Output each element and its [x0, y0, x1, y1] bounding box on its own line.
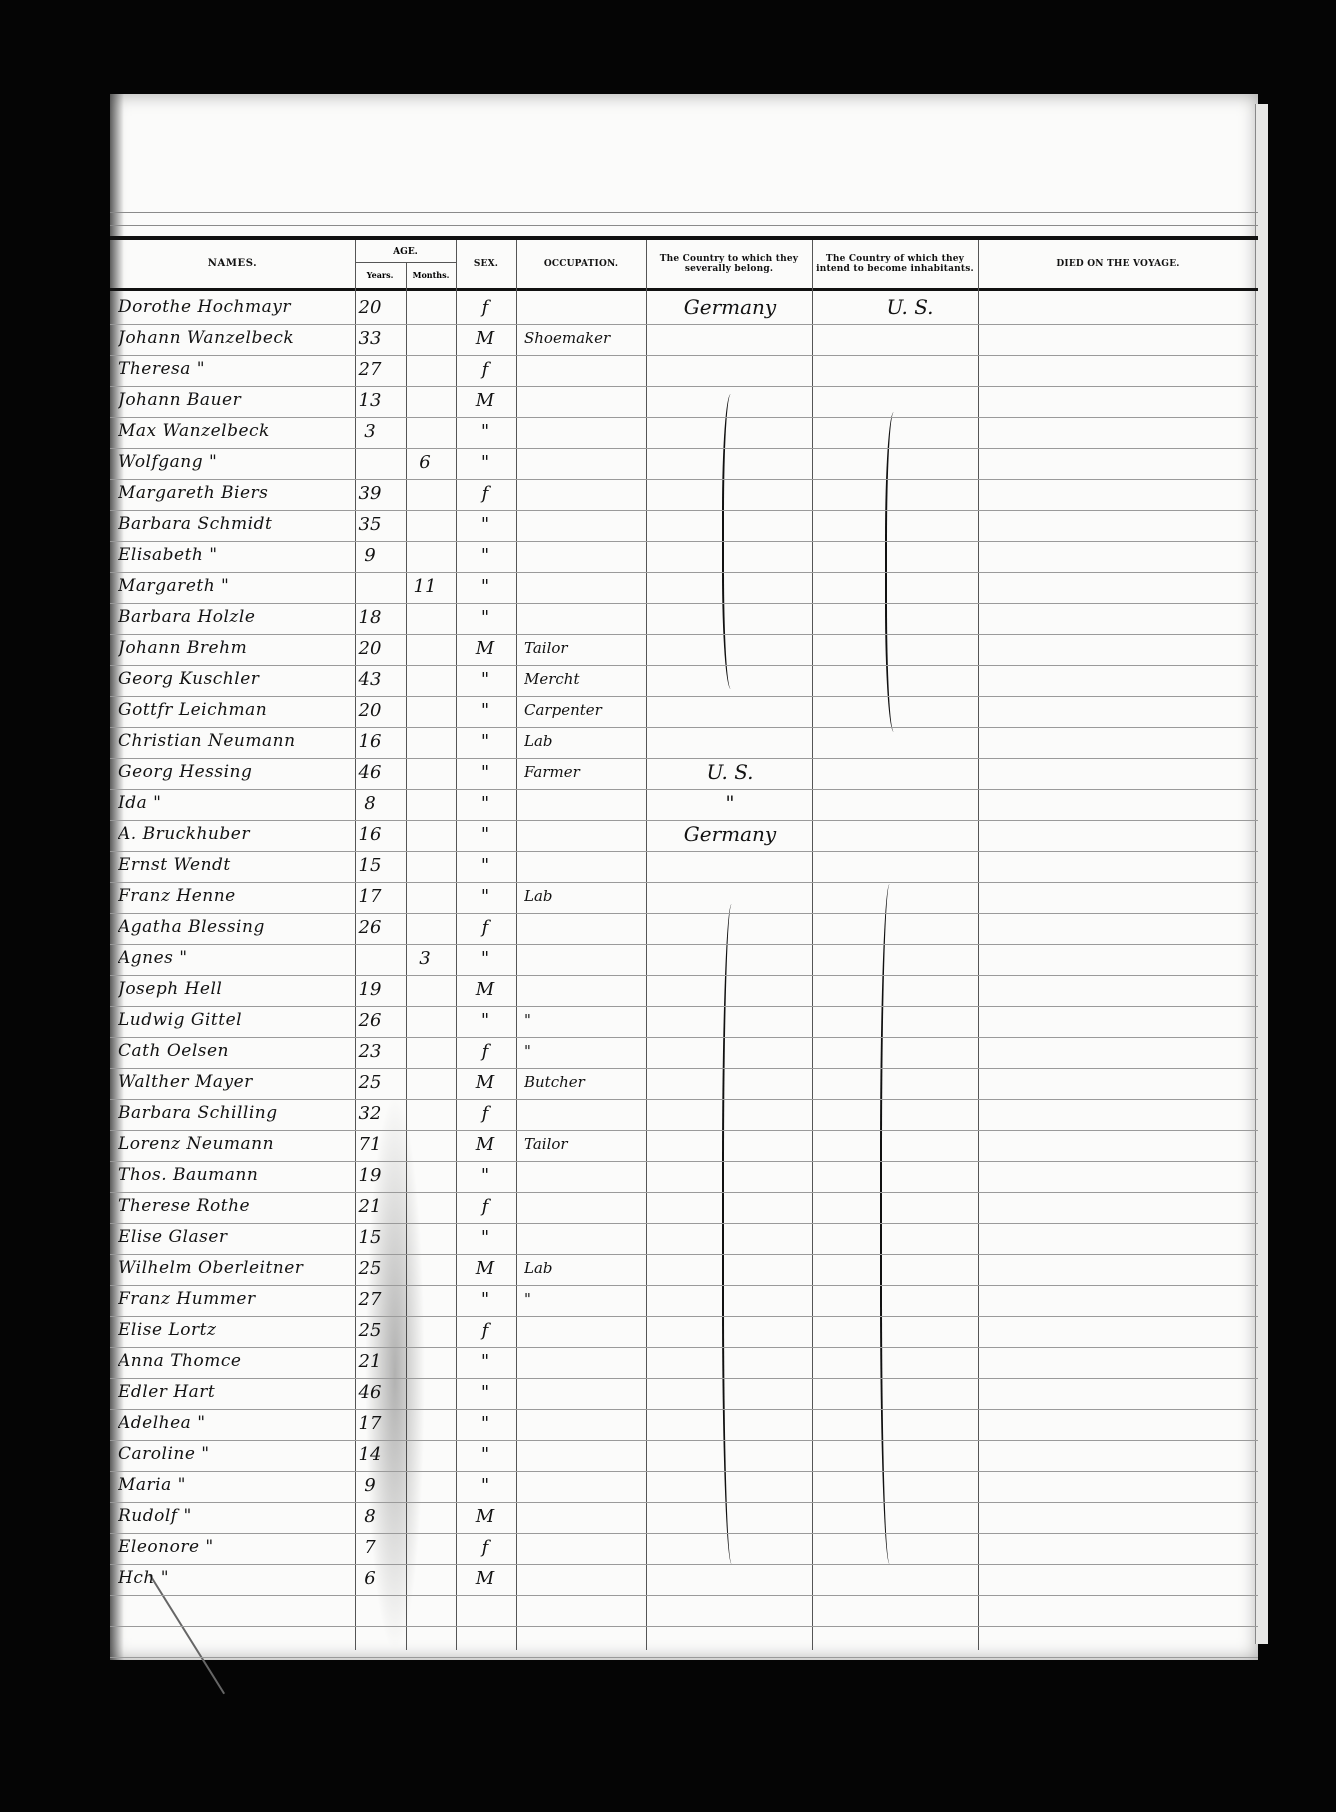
- country-intend: [825, 1253, 995, 1283]
- age-years: 25: [350, 1067, 390, 1097]
- country-belong: [650, 1098, 810, 1128]
- table-row: Walther Mayer 25 M Butcher: [110, 1065, 1258, 1100]
- table-row: Joseph Hell 19 M: [110, 972, 1258, 1007]
- occupation: Lab: [524, 881, 644, 911]
- passenger-name: Barbara Holzle: [118, 602, 338, 632]
- table-row: Gottfr Leichman 20 " Carpenter: [110, 693, 1258, 728]
- sex: ": [460, 664, 510, 694]
- age-months: [400, 1377, 450, 1407]
- table-row: Theresa " 27 f: [110, 352, 1258, 387]
- age-months: [400, 1036, 450, 1066]
- passenger-name: Georg Hessing: [118, 757, 338, 787]
- age-months: [400, 974, 450, 1004]
- age-months: [400, 1129, 450, 1159]
- country-belong: [650, 695, 810, 725]
- sex: ": [460, 571, 510, 601]
- passenger-name: Maria ": [118, 1470, 338, 1500]
- country-intend: [825, 447, 995, 477]
- table-row: Wilhelm Oberleitner 25 M Lab: [110, 1251, 1258, 1286]
- age-months: [400, 1160, 450, 1190]
- passenger-name: Agatha Blessing: [118, 912, 338, 942]
- age-months: [400, 633, 450, 663]
- passenger-name: A. Bruckhuber: [118, 819, 338, 849]
- age-years: 27: [350, 354, 390, 384]
- occupation: Tailor: [524, 1129, 644, 1159]
- occupation: [524, 478, 644, 508]
- occupation: [524, 1377, 644, 1407]
- table-row: Georg Kuschler 43 " Mercht: [110, 662, 1258, 697]
- sex: ": [460, 726, 510, 756]
- country-belong: U. S.: [650, 757, 810, 787]
- occupation: [524, 912, 644, 942]
- country-belong: [650, 354, 810, 384]
- table-row: Maria " 9 ": [110, 1468, 1258, 1503]
- passenger-name: Johann Brehm: [118, 633, 338, 663]
- country-belong: [650, 1129, 810, 1159]
- table-row: Margareth " 11 ": [110, 569, 1258, 604]
- occupation: Lab: [524, 726, 644, 756]
- age-months: [400, 1253, 450, 1283]
- passenger-name: Margareth ": [118, 571, 338, 601]
- country-intend: [825, 1222, 995, 1252]
- table-row: Christian Neumann 16 " Lab: [110, 724, 1258, 759]
- age-years: 21: [350, 1346, 390, 1376]
- age-years: 20: [350, 292, 390, 322]
- top-rule: [110, 212, 1258, 213]
- passenger-name: Joseph Hell: [118, 974, 338, 1004]
- occupation: Mercht: [524, 664, 644, 694]
- country-intend: [825, 1532, 995, 1562]
- country-belong: [650, 1377, 810, 1407]
- occupation: ": [524, 1005, 644, 1035]
- country-belong: [650, 1067, 810, 1097]
- country-belong: [650, 850, 810, 880]
- country-belong: [650, 633, 810, 663]
- age-years: 13: [350, 385, 390, 415]
- passenger-name: Christian Neumann: [118, 726, 338, 756]
- table-row: Elisabeth " 9 ": [110, 538, 1258, 573]
- country-intend: [825, 943, 995, 973]
- age-years: 43: [350, 664, 390, 694]
- country-intend: [825, 1005, 995, 1035]
- occupation: [524, 1346, 644, 1376]
- occupation: Tailor: [524, 633, 644, 663]
- table-row: [110, 1623, 1258, 1658]
- country-belong: [650, 540, 810, 570]
- country-belong: [650, 943, 810, 973]
- country-intend: [825, 602, 995, 632]
- country-belong: [650, 1563, 810, 1593]
- age-months: [400, 1005, 450, 1035]
- country-intend: [825, 1346, 995, 1376]
- table-row: Johann Bauer 13 M: [110, 383, 1258, 418]
- sex: ": [460, 819, 510, 849]
- occupation: Lab: [524, 1253, 644, 1283]
- country-intend: [825, 850, 995, 880]
- country-belong: [650, 1160, 810, 1190]
- age-years: [350, 943, 390, 973]
- age-years: 20: [350, 633, 390, 663]
- country-intend: [825, 1129, 995, 1159]
- age-months: [400, 912, 450, 942]
- age-years: 32: [350, 1098, 390, 1128]
- country-intend: [825, 385, 995, 415]
- age-months: [400, 695, 450, 725]
- country-belong: [650, 1408, 810, 1438]
- age-years: [350, 447, 390, 477]
- table-row: A. Bruckhuber 16 " Germany: [110, 817, 1258, 852]
- age-months: [400, 1346, 450, 1376]
- age-months: [400, 385, 450, 415]
- age-months: [400, 819, 450, 849]
- sex: ": [460, 757, 510, 787]
- occupation: [524, 509, 644, 539]
- table-row: Therese Rothe 21 f: [110, 1189, 1258, 1224]
- age-months: [400, 1501, 450, 1531]
- country-intend: [825, 1284, 995, 1314]
- sex: ": [460, 850, 510, 880]
- country-belong: [650, 447, 810, 477]
- age-years: 18: [350, 602, 390, 632]
- age-years: [350, 571, 390, 601]
- table-row: Barbara Schilling 32 f: [110, 1096, 1258, 1131]
- passenger-name: Rudolf ": [118, 1501, 338, 1531]
- age-months: [400, 1098, 450, 1128]
- table-row: Hch " 6 M: [110, 1561, 1258, 1596]
- age-years: 8: [350, 788, 390, 818]
- passenger-name: Caroline ": [118, 1439, 338, 1469]
- table-row: Rudolf " 8 M: [110, 1499, 1258, 1534]
- table-row: Barbara Holzle 18 ": [110, 600, 1258, 635]
- sex: M: [460, 1067, 510, 1097]
- table-row: Margareth Biers 39 f: [110, 476, 1258, 511]
- passenger-name: Johann Wanzelbeck: [118, 323, 338, 353]
- manifest-page: NAMES. AGE. Years. Months. SEX. OCCUPATI…: [110, 94, 1258, 1660]
- header-names: NAMES.: [110, 240, 355, 288]
- country-intend: [825, 1408, 995, 1438]
- passenger-name: Franz Hummer: [118, 1284, 338, 1314]
- passenger-name: Gottfr Leichman: [118, 695, 338, 725]
- passenger-name: Franz Henne: [118, 881, 338, 911]
- age-months: [400, 323, 450, 353]
- age-months: [400, 1563, 450, 1593]
- sex: f: [460, 478, 510, 508]
- age-years: 21: [350, 1191, 390, 1221]
- table-row: Cath Oelsen 23 f ": [110, 1034, 1258, 1069]
- age-years: 15: [350, 1222, 390, 1252]
- age-months: [400, 1222, 450, 1252]
- table-row: Elise Lortz 25 f: [110, 1313, 1258, 1348]
- table-row: Ludwig Gittel 26 " ": [110, 1003, 1258, 1038]
- country-intend: [825, 695, 995, 725]
- age-months: [400, 757, 450, 787]
- occupation: [524, 602, 644, 632]
- country-intend: U. S.: [825, 292, 995, 322]
- occupation: [524, 1563, 644, 1593]
- country-belong: [650, 974, 810, 1004]
- age-years: 27: [350, 1284, 390, 1314]
- occupation: [524, 974, 644, 1004]
- country-belong: [650, 478, 810, 508]
- country-belong: Germany: [650, 292, 810, 322]
- passenger-name: Therese Rothe: [118, 1191, 338, 1221]
- occupation: ": [524, 1284, 644, 1314]
- country-intend: [825, 788, 995, 818]
- country-intend: [825, 664, 995, 694]
- country-belong: [650, 1439, 810, 1469]
- table-row: Agatha Blessing 26 f: [110, 910, 1258, 945]
- country-belong: [650, 1470, 810, 1500]
- country-belong: [650, 571, 810, 601]
- sex: ": [460, 447, 510, 477]
- passenger-name: Adelhea ": [118, 1408, 338, 1438]
- table-row: Ida " 8 " ": [110, 786, 1258, 821]
- age-years: 26: [350, 1005, 390, 1035]
- country-belong: [650, 602, 810, 632]
- age-months: [400, 1067, 450, 1097]
- age-years: 9: [350, 1470, 390, 1500]
- table-row: Georg Hessing 46 " Farmer U. S.: [110, 755, 1258, 790]
- age-years: 6: [350, 1563, 390, 1593]
- sex: M: [460, 1501, 510, 1531]
- country-belong: [650, 1191, 810, 1221]
- occupation: [524, 1222, 644, 1252]
- country-belong: [650, 1222, 810, 1252]
- country-belong: [650, 1036, 810, 1066]
- country-intend: [825, 1067, 995, 1097]
- country-belong: [650, 323, 810, 353]
- age-years: 16: [350, 819, 390, 849]
- occupation: [524, 1191, 644, 1221]
- passenger-name: Agnes ": [118, 943, 338, 973]
- country-belong: [650, 1315, 810, 1345]
- table-row: Ernst Wendt 15 ": [110, 848, 1258, 883]
- passenger-name: Elise Lortz: [118, 1315, 338, 1345]
- occupation: [524, 1098, 644, 1128]
- passenger-name: Georg Kuschler: [118, 664, 338, 694]
- occupation: [524, 1439, 644, 1469]
- age-months: [400, 850, 450, 880]
- header-died: DIED ON THE VOYAGE.: [978, 240, 1258, 288]
- age-years: 23: [350, 1036, 390, 1066]
- sex: ": [460, 602, 510, 632]
- age-months: [400, 881, 450, 911]
- header-months: Months.: [406, 264, 456, 286]
- occupation: [524, 1315, 644, 1345]
- occupation: [524, 943, 644, 973]
- sex: ": [460, 1160, 510, 1190]
- age-years: 16: [350, 726, 390, 756]
- occupation: [524, 447, 644, 477]
- sex: f: [460, 1098, 510, 1128]
- age-years: 7: [350, 1532, 390, 1562]
- country-intend: [825, 540, 995, 570]
- table-row: Edler Hart 46 ": [110, 1375, 1258, 1410]
- occupation: [524, 1160, 644, 1190]
- age-months: [400, 478, 450, 508]
- sex: M: [460, 385, 510, 415]
- occupation: [524, 416, 644, 446]
- country-intend: [825, 633, 995, 663]
- occupation: [524, 571, 644, 601]
- sex: ": [460, 416, 510, 446]
- age-years: 17: [350, 881, 390, 911]
- occupation: [524, 819, 644, 849]
- table-row: Lorenz Neumann 71 M Tailor: [110, 1127, 1258, 1162]
- passenger-name: Ludwig Gittel: [118, 1005, 338, 1035]
- sex: ": [460, 540, 510, 570]
- passenger-name: Margareth Biers: [118, 478, 338, 508]
- passenger-name: Johann Bauer: [118, 385, 338, 415]
- country-intend: [825, 1501, 995, 1531]
- table-row: Dorothe Hochmayr 20 f Germany U. S.: [110, 290, 1258, 325]
- occupation: Butcher: [524, 1067, 644, 1097]
- age-months: [400, 354, 450, 384]
- passenger-name: Lorenz Neumann: [118, 1129, 338, 1159]
- table-row: Agnes " 3 ": [110, 941, 1258, 976]
- country-belong: [650, 881, 810, 911]
- header-occupation: OCCUPATION.: [516, 240, 646, 288]
- age-years: 15: [350, 850, 390, 880]
- occupation: [524, 1501, 644, 1531]
- occupation: [524, 354, 644, 384]
- header-sex: SEX.: [456, 240, 516, 288]
- table-row: Franz Henne 17 " Lab: [110, 879, 1258, 914]
- age-years: 3: [350, 416, 390, 446]
- table-header: NAMES. AGE. Years. Months. SEX. OCCUPATI…: [110, 240, 1258, 288]
- occupation: [524, 1408, 644, 1438]
- sex: M: [460, 974, 510, 1004]
- sex: ": [460, 1470, 510, 1500]
- sex: M: [460, 1563, 510, 1593]
- passenger-name: Elise Glaser: [118, 1222, 338, 1252]
- header-country-belong: The Country to which they severally belo…: [646, 240, 812, 288]
- country-intend: [825, 354, 995, 384]
- passenger-name: Cath Oelsen: [118, 1036, 338, 1066]
- occupation: Shoemaker: [524, 323, 644, 353]
- country-intend: [825, 1036, 995, 1066]
- country-intend: [825, 571, 995, 601]
- age-months: [400, 1532, 450, 1562]
- occupation: [524, 850, 644, 880]
- country-belong: [650, 1284, 810, 1314]
- age-years: 19: [350, 1160, 390, 1190]
- country-intend: [825, 1470, 995, 1500]
- country-belong: [650, 1005, 810, 1035]
- country-intend: [825, 1315, 995, 1345]
- country-intend: [825, 416, 995, 446]
- table-row: Johann Wanzelbeck 33 M Shoemaker: [110, 321, 1258, 356]
- sex: f: [460, 1532, 510, 1562]
- age-years: 33: [350, 323, 390, 353]
- top-rule: [110, 225, 1258, 226]
- country-belong: [650, 1501, 810, 1531]
- age-months: [400, 602, 450, 632]
- age-months: [400, 509, 450, 539]
- header-age: AGE.: [355, 242, 456, 262]
- sex: f: [460, 912, 510, 942]
- passenger-name: Edler Hart: [118, 1377, 338, 1407]
- country-intend: [825, 1098, 995, 1128]
- country-intend: [825, 478, 995, 508]
- country-belong: [650, 416, 810, 446]
- sex: ": [460, 1377, 510, 1407]
- country-intend: [825, 1191, 995, 1221]
- occupation: [524, 1470, 644, 1500]
- country-intend: [825, 1160, 995, 1190]
- table-row: Wolfgang " 6 ": [110, 445, 1258, 480]
- country-intend: [825, 1377, 995, 1407]
- passenger-name: Barbara Schmidt: [118, 509, 338, 539]
- country-belong: ": [650, 788, 810, 818]
- age-months: 11: [400, 571, 450, 601]
- country-intend: [825, 912, 995, 942]
- country-belong: [650, 664, 810, 694]
- country-intend: [825, 974, 995, 1004]
- country-belong: [650, 385, 810, 415]
- occupation: [524, 540, 644, 570]
- age-years: 25: [350, 1253, 390, 1283]
- header-years: Years.: [355, 264, 405, 286]
- sex: M: [460, 1129, 510, 1159]
- sex: ": [460, 943, 510, 973]
- country-intend: [825, 1439, 995, 1469]
- sex: f: [460, 1315, 510, 1345]
- country-intend: [825, 757, 995, 787]
- sex: ": [460, 1439, 510, 1469]
- age-years: 39: [350, 478, 390, 508]
- sex: ": [460, 881, 510, 911]
- table-row: Adelhea " 17 ": [110, 1406, 1258, 1441]
- table-row: Franz Hummer 27 " ": [110, 1282, 1258, 1317]
- table-row: Caroline " 14 ": [110, 1437, 1258, 1472]
- age-years: 9: [350, 540, 390, 570]
- age-months: 3: [400, 943, 450, 973]
- table-row: Elise Glaser 15 ": [110, 1220, 1258, 1255]
- passenger-name: Elisabeth ": [118, 540, 338, 570]
- age-months: [400, 1408, 450, 1438]
- passenger-name: Ida ": [118, 788, 338, 818]
- header-country-intend: The Country of which they intend to beco…: [812, 240, 978, 288]
- age-months: [400, 726, 450, 756]
- age-years: 8: [350, 1501, 390, 1531]
- passenger-name: Wilhelm Oberleitner: [118, 1253, 338, 1283]
- sex: ": [460, 509, 510, 539]
- country-belong: [650, 1253, 810, 1283]
- table-row: Thos. Baumann 19 ": [110, 1158, 1258, 1193]
- passenger-name: Anna Thomce: [118, 1346, 338, 1376]
- age-months: [400, 788, 450, 818]
- age-years: 19: [350, 974, 390, 1004]
- sex: f: [460, 354, 510, 384]
- sex: ": [460, 1222, 510, 1252]
- age-months: [400, 1470, 450, 1500]
- passenger-name: Barbara Schilling: [118, 1098, 338, 1128]
- occupation: [524, 385, 644, 415]
- table-row: Eleonore " 7 f: [110, 1530, 1258, 1565]
- age-months: [400, 1315, 450, 1345]
- country-belong: [650, 726, 810, 756]
- passenger-name: Walther Mayer: [118, 1067, 338, 1097]
- table-row: [110, 1592, 1258, 1627]
- occupation: ": [524, 1036, 644, 1066]
- sex: f: [460, 292, 510, 322]
- age-years: 14: [350, 1439, 390, 1469]
- age-years: 46: [350, 1377, 390, 1407]
- passenger-name: Dorothe Hochmayr: [118, 292, 338, 322]
- country-intend: [825, 881, 995, 911]
- occupation: Carpenter: [524, 695, 644, 725]
